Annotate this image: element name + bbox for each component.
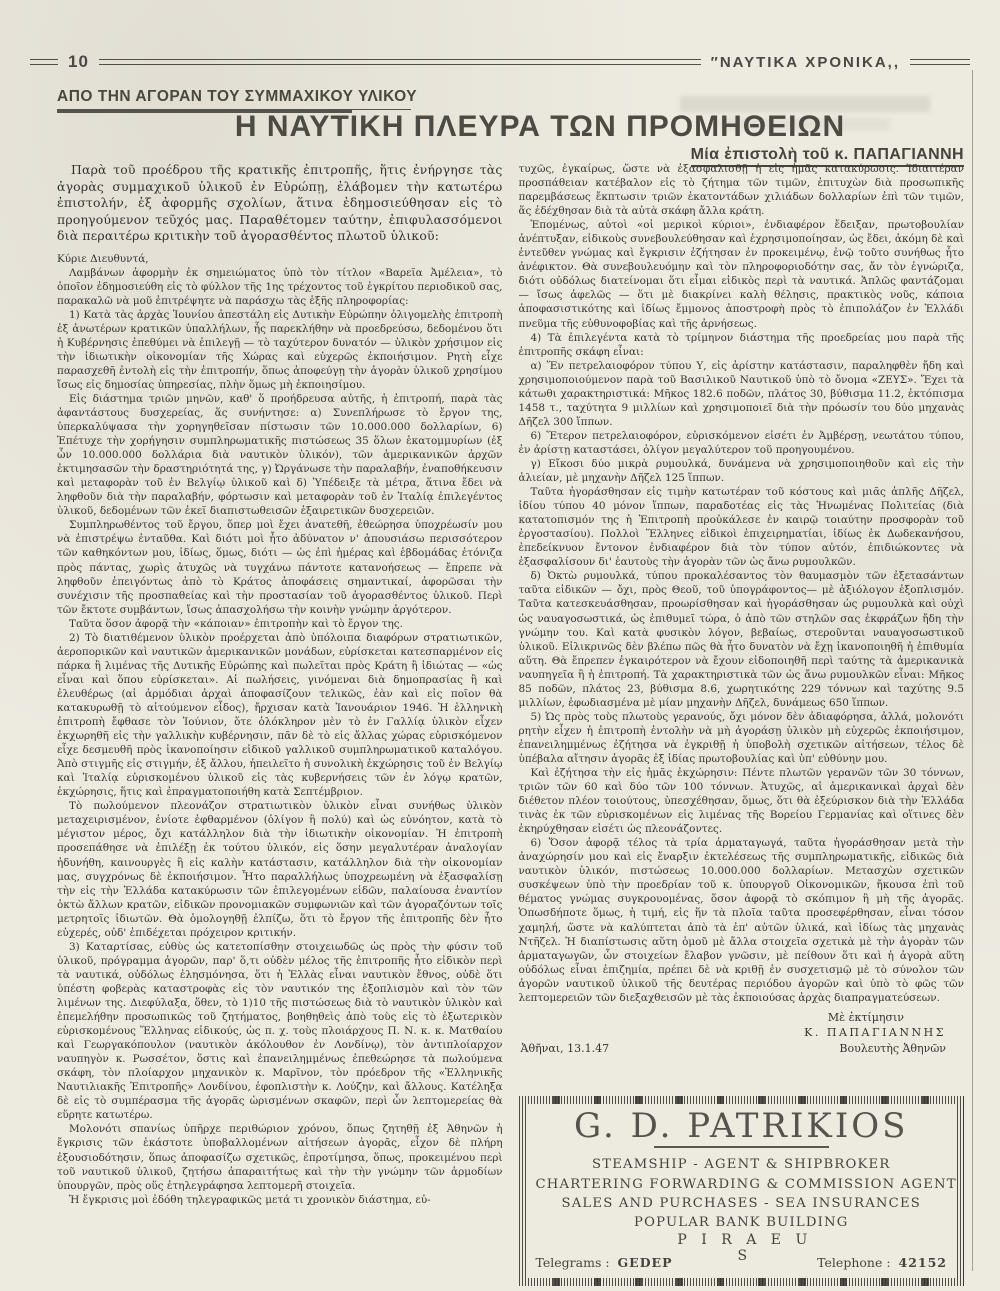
ad-telegrams: Telegrams : GEDEP (536, 1255, 673, 1270)
ad-service-line: POPULAR BANK BUILDING (536, 1213, 948, 1232)
body-paragraph: Καὶ ἐζήτησα τὴν εἰς ἡμᾶς ἐκχώρησιν: Πέντ… (519, 766, 965, 836)
advertiser-name: G. D. PATRIKIOS (536, 1106, 948, 1146)
article-body: Παρὰ τοῦ προέδρου τῆς κρατικῆς ἐπιτροπῆς… (57, 162, 964, 1286)
header-rule (910, 59, 970, 65)
ad-service-line: CHARTERING FORWARDING & COMMISSION AGENT (536, 1175, 948, 1194)
page-edge-rule (972, 70, 973, 1271)
right-column: τυχῶς, ἐγκαίρως, ὥστε νὰ ἐξασφαλισθῇ ἡ ε… (519, 162, 965, 1286)
body-paragraph: Μολονότι σπανίως ὑπῆρχε περιθώριον χρόνο… (57, 1122, 503, 1192)
magazine-page: 10 ″ΝΑΥΤΙΚΑ ΧΡΟΝΙΚΑ,, ΑΠΟ ΤΗΝ ΑΓΟΡΑΝ ΤΟΥ… (0, 0, 1000, 1291)
ad-name-underline (654, 1146, 829, 1148)
body-paragraph: τυχῶς, ἐγκαίρως, ὥστε νὰ ἐξασφαλισθῇ ἡ ε… (519, 162, 965, 218)
salutation: Κύριε Διευθυντά, (57, 252, 503, 266)
body-paragraph: 6) Ἕτερον πετρελαιοφόρον, εὑρισκόμενον ε… (519, 429, 965, 457)
section-header: ΑΠΟ ΤΗΝ ΑΓΟΡΑΝ ΤΟΥ ΣΥΜΜΑΧΙΚΟΥ ΥΛΙΚΟΥ (57, 88, 417, 110)
telegrams-label: Telegrams : (536, 1255, 610, 1270)
article-headline: Η ΝΑΥΤΙΚΗ ΠΛΕΥΡΑ ΤΩΝ ΠΡΟΜΗΘΕΙΩΝ (140, 110, 940, 144)
ad-service-line: SALES AND PURCHASES - SEA INSURANCES (536, 1194, 948, 1213)
body-paragraph: Εἰς διάστημα τριῶν μηνῶν, καθ' ὅ προήδρε… (57, 392, 503, 518)
body-paragraph: α) Ἕν πετρελαιοφόρον τύπου Υ, εἰς ἀρίστη… (519, 359, 965, 429)
body-paragraph: Ταῦτα ἠγοράσθησαν εἰς τιμὴν κατωτέραν το… (519, 485, 965, 569)
body-paragraph: 6) Ὅσον ἀφορᾷ τέλος τὰ τρία ἁρματαγωγά, … (519, 836, 965, 1005)
left-column: Παρὰ τοῦ προέδρου τῆς κρατικῆς ἐπιτροπῆς… (57, 162, 503, 1286)
editor-intro-paragraph: Παρὰ τοῦ προέδρου τῆς κρατικῆς ἐπιτροπῆς… (57, 162, 503, 245)
masthead-title: ″ΝΑΥΤΙΚΑ ΧΡΟΝΙΚΑ,, (711, 54, 900, 71)
body-paragraph: Τὸ πωλούμενον πλεονάζον στρατιωτικὸν ὑλι… (57, 799, 503, 939)
ad-city: P I R A E U S (672, 1232, 817, 1264)
telephone-value: 42152 (899, 1255, 948, 1270)
body-paragraph: 5) Ὡς πρὸς τοὺς πλωτοὺς γερανούς, ὄχι μό… (519, 710, 965, 766)
signature-block: Μὲ ἐκτίμησιν Κ. ΠΑΠΑΓΙΑΝΝΗΣ Ἀθῆναι, 13.1… (519, 1011, 965, 1055)
body-paragraph: 3) Καταρτίσας, εὐθὺς ὡς κατετοπίσθην στο… (57, 940, 503, 1123)
telephone-label: Telephone : (817, 1255, 890, 1270)
body-paragraph: Συμπληρωθέντος τοῦ ἔργου, ὅπερ μοὶ ἔχει … (57, 518, 503, 616)
signature-name: Κ. ΠΑΠΑΓΙΑΝΝΗΣ (519, 1026, 965, 1039)
body-paragraph: Λαμβάνων ἀφορμὴν ἐκ σημειώματος ὑπὸ τὸν … (57, 266, 503, 308)
body-paragraph: 1) Κατὰ τὰς ἀρχὰς Ἰουνίου ἀπεστάλη εἰς Δ… (57, 308, 503, 392)
header-rule (30, 59, 58, 65)
dateline: Ἀθῆναι, 13.1.47 (519, 1042, 610, 1055)
header-rule (99, 59, 701, 65)
ad-service-line: STEAMSHIP - AGENT & SHIPBROKER (536, 1155, 948, 1174)
body-paragraph: δ) Ὀκτὼ ρυμουλκά, τύπου προκαλέσαντος τὸ… (519, 569, 965, 709)
telegrams-value: GEDEP (618, 1255, 673, 1270)
body-paragraph: γ) Εἴκοσι δύο μικρὰ ρυμουλκά, δυνάμενα ν… (519, 457, 965, 485)
advertisement-box: G. D. PATRIKIOS STEAMSHIP - AGENT & SHIP… (519, 1096, 965, 1286)
body-paragraph: Ἡ ἔγκρισις μοὶ ἐδόθη τηλεγραφικῶς μετά τ… (57, 1193, 503, 1207)
body-paragraph: Ἑπομένως, αὐτοὶ «οἱ μερικοὶ κύριοι», ἐνδ… (519, 218, 965, 330)
body-paragraph: 2) Τὸ διατιθέμενον ὑλικὸν προέρχεται ἀπὸ… (57, 631, 503, 800)
body-paragraph: 4) Τὰ ἐπιλεγέντα κατὰ τὸ τρίμηνον διάστη… (519, 331, 965, 359)
page-number: 10 (68, 52, 89, 72)
body-paragraph: Ταῦτα ὅσον ἀφορᾷ τὴν «κάποιαν» ἐπιτροπὴν… (57, 617, 503, 631)
ad-telephone: Telephone : 42152 (817, 1255, 947, 1270)
page-header: 10 ″ΝΑΥΤΙΚΑ ΧΡΟΝΙΚΑ,, (30, 52, 970, 72)
valediction: Μὲ ἐκτίμησιν (519, 1011, 965, 1024)
signature-title: Βουλευτὴς Ἀθηνῶν (839, 1042, 964, 1055)
